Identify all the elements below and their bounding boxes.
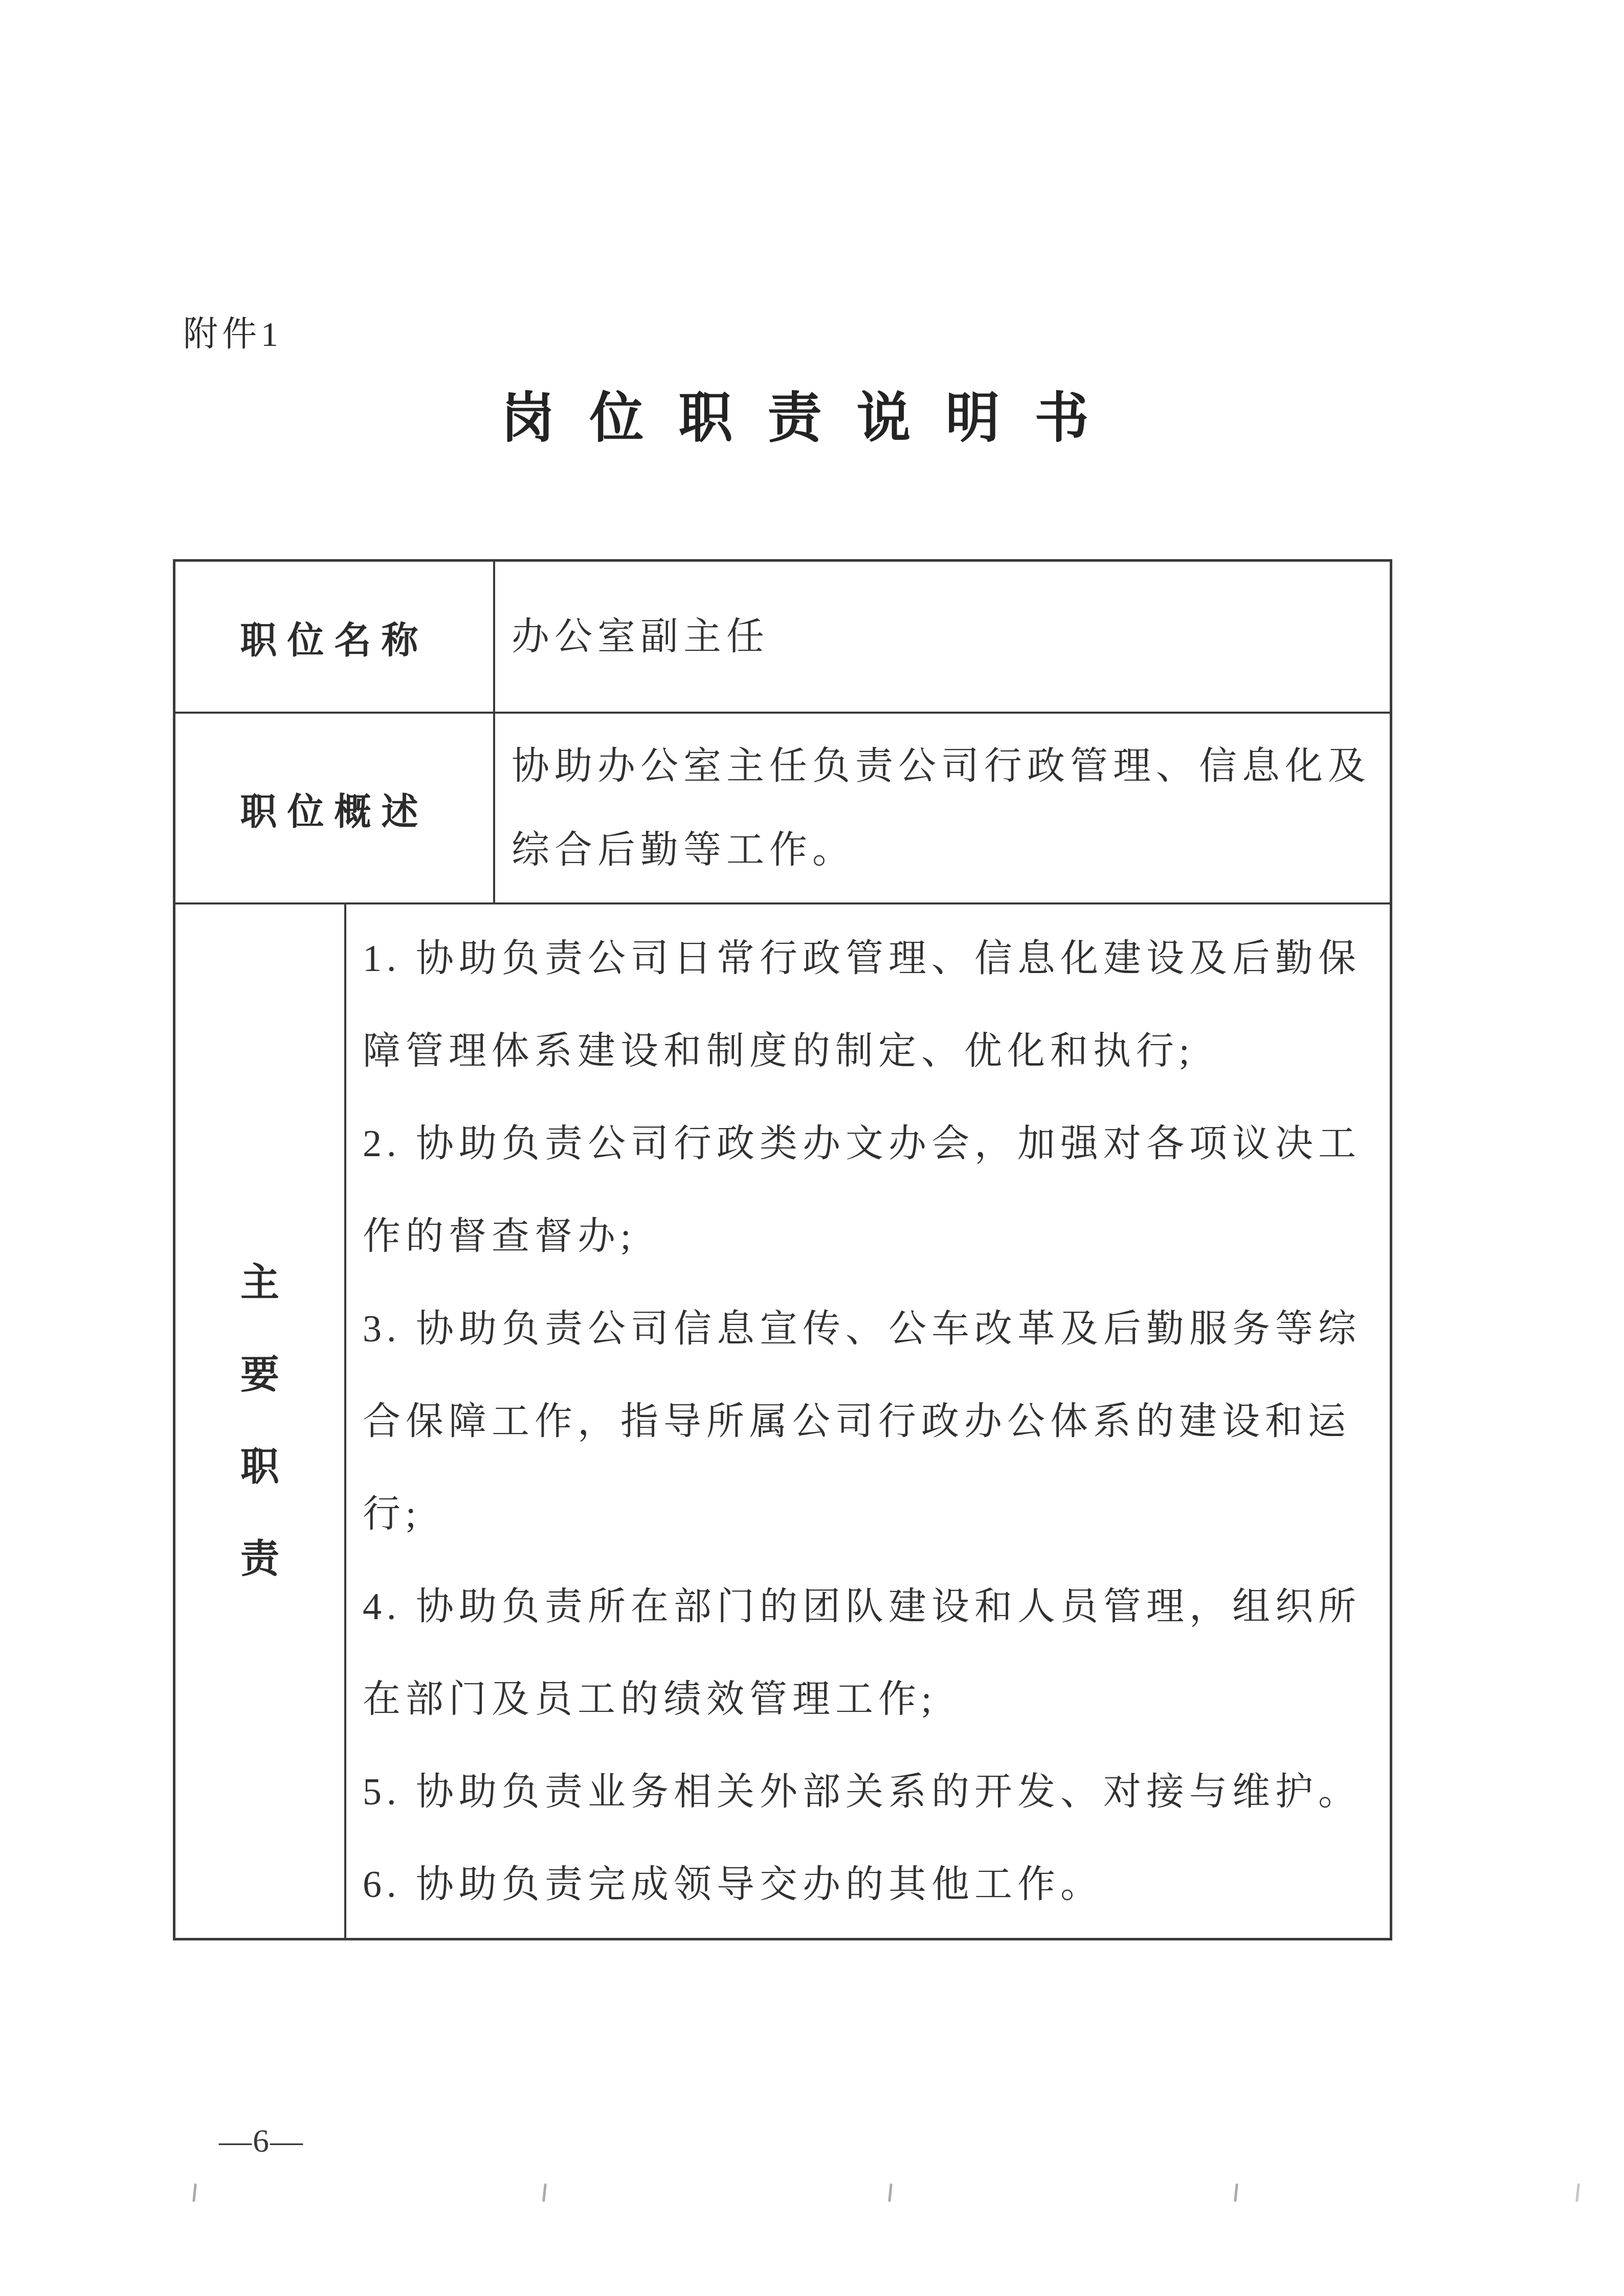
row-position-summary: 职位概述 协助办公室主任负责公司行政管理、信息化及综合后勤等工作。	[175, 714, 1390, 904]
duty-item: 4. 协助负责所在部门的团队建设和人员管理，组织所在部门及员工的绩效管理工作;	[363, 1561, 1381, 1746]
document-title: 岗位职责说明书	[0, 383, 1624, 454]
duty-item: 2. 协助负责公司行政类办文办会，加强对各项议决工作的督查督办;	[363, 1098, 1381, 1283]
position-summary-text: 协助办公室主任负责公司行政管理、信息化及综合后勤等工作。	[511, 724, 1377, 892]
main-duties-label-char: 责	[240, 1540, 279, 1579]
position-name-label: 职位名称	[240, 610, 428, 664]
position-name-value: 办公室副主任	[495, 562, 1390, 712]
main-duties-label-char: 主	[240, 1264, 279, 1302]
page-number: —6—	[219, 2118, 304, 2164]
row-position-name: 职位名称 办公室副主任	[175, 562, 1390, 714]
duty-item: 1. 协助负责公司日常行政管理、信息化建设及后勤保障管理体系建设和制度的制定、优…	[363, 913, 1381, 1098]
main-duties-list: 1. 协助负责公司日常行政管理、信息化建设及后勤保障管理体系建设和制度的制定、优…	[346, 904, 1390, 1938]
scanned-document-page: { "document": { "attachment_label": "附件1…	[0, 0, 1624, 2296]
scan-artifact-mark	[542, 2183, 547, 2202]
row-main-duties: 主 要 职 责 1. 协助负责公司日常行政管理、信息化建设及后勤保障管理体系建设…	[175, 904, 1390, 1938]
position-description-table: 职位名称 办公室副主任 职位概述 协助办公室主任负责公司行政管理、信息化及综合后…	[173, 559, 1392, 1940]
scan-artifact-mark	[1234, 2183, 1238, 2202]
main-duties-label-char: 要	[240, 1356, 279, 1395]
duty-item: 6. 协助负责完成领导交办的其他工作。	[363, 1839, 1381, 1931]
position-summary-value: 协助办公室主任负责公司行政管理、信息化及综合后勤等工作。	[495, 714, 1390, 902]
attachment-label: 附件1	[183, 311, 282, 357]
scan-artifact-mark	[1575, 2183, 1580, 2202]
duty-item: 3. 协助负责公司信息宣传、公车改革及后勤服务等综合保障工作，指导所属公司行政办…	[363, 1283, 1381, 1561]
duty-item: 5. 协助负责业务相关外部关系的开发、对接与维护。	[363, 1746, 1381, 1839]
position-name-label-cell: 职位名称	[175, 562, 495, 712]
position-summary-label-cell: 职位概述	[175, 714, 495, 902]
main-duties-label-char: 职	[240, 1448, 279, 1487]
position-name-text: 办公室副主任	[511, 595, 769, 679]
scan-artifact-mark	[192, 2183, 197, 2202]
position-summary-label: 职位概述	[240, 782, 428, 835]
main-duties-label-cell: 主 要 职 责	[175, 904, 346, 1938]
scan-artifact-mark	[888, 2183, 893, 2202]
